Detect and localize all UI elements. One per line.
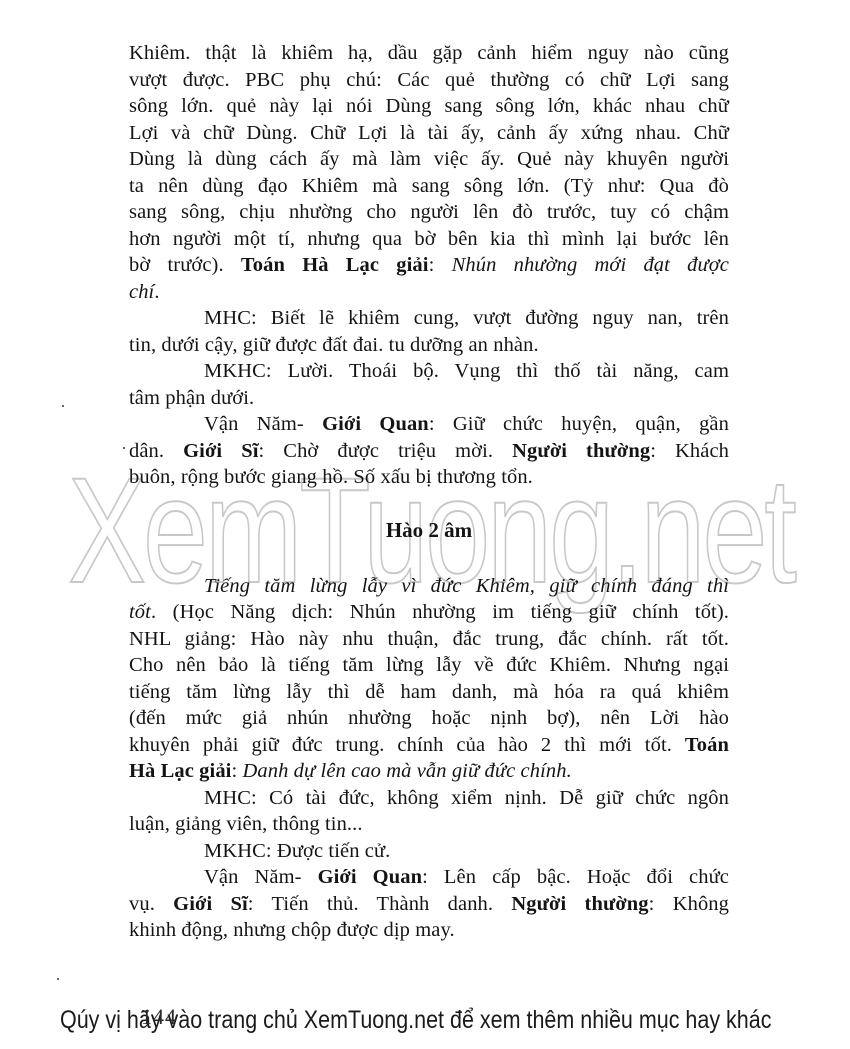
text-span: Vận Năm- (204, 413, 322, 435)
text-line: Khiêm. thật là khiêm hạ, dầu gặp cảnh hi… (129, 40, 729, 67)
text-line: luận, giảng viên, thông tin... (129, 811, 729, 838)
paragraph-mhc-1: MHC: Biết lẽ khiêm cung, vượt đường nguy… (129, 305, 729, 358)
paragraph-hao-2-am: Tiếng tăm lừng lẫy vì đức Khiêm, giữ chí… (129, 573, 729, 785)
text-span: khuyên phải giữ đức trung. chính của hào… (129, 734, 685, 756)
text-line: khinh động, nhưng chộp được dịp may. (129, 917, 729, 944)
text-line: chí. (129, 279, 729, 306)
gioi-quan-label: Giới Quan (318, 866, 423, 888)
text-line: tâm phận dưới. (129, 385, 729, 412)
text-line: ta nên dùng đạo Khiêm mà sang sông lớn. … (129, 173, 729, 200)
text-line: sang sông, chịu nhường cho người lên đò … (129, 199, 729, 226)
text-span: : Giữ chức huyện, quận, gần (429, 413, 729, 435)
text-line: Vận Năm- Giới Quan: Lên cấp bậc. Hoặc đổ… (129, 864, 729, 891)
text-line: vụ. Giới Sĩ: Tiến thủ. Thành danh. Người… (129, 891, 729, 918)
book-page: Khiêm. thật là khiêm hạ, dầu gặp cảnh hi… (129, 40, 729, 944)
text-line: tốt. (Học Năng dịch: Nhún nhường im tiến… (129, 599, 729, 626)
text-line: hơn người một tí, nhưng qua bờ bên kia t… (129, 226, 729, 253)
toan-ha-lac-label: Toán (685, 734, 729, 756)
text-line: MKHC: Được tiến cử. (129, 838, 729, 865)
section-heading: Hào 2 âm (129, 517, 729, 543)
text-span: : Khách (650, 440, 729, 462)
paragraph-mkhc-1: MKHC: Lười. Thoái bộ. Vụng thì thố tài n… (129, 358, 729, 411)
nguoi-thuong-label: Người thường (512, 440, 650, 462)
text-line: dân. Giới Sĩ: Chờ được triệu mời. Người … (129, 438, 729, 465)
text-line: MHC: Có tài đức, không xiểm nịnh. Dễ giữ… (129, 785, 729, 812)
text-span: : (429, 254, 452, 276)
text-span: . (154, 281, 159, 303)
scan-dot (62, 405, 64, 407)
text-span: tốt (129, 601, 151, 623)
text-span: vụ. (129, 893, 173, 915)
nguoi-thuong-label: Người thường (511, 893, 648, 915)
toan-ha-lac-label: Hà Lạc giải (129, 760, 231, 782)
gioi-si-label: Giới Sĩ (183, 440, 258, 462)
text-span: : Không (649, 893, 729, 915)
paragraph-van-nam-1: Vận Năm- Giới Quan: Giữ chức huyện, quận… (129, 411, 729, 491)
text-line: tin, dưới cậy, giữ được đất đai. tu dưỡn… (129, 332, 729, 359)
text-line: Dùng là dùng cách ấy mà làm việc ấy. Quẻ… (129, 146, 729, 173)
text-line: buôn, rộng bước giang hồ. Số xấu bị thươ… (129, 464, 729, 491)
text-span: bờ trước). (129, 254, 241, 276)
text-line: tiếng tăm lừng lẫy thì dễ ham danh, mà h… (129, 679, 729, 706)
text-line: Lợi và chữ Dùng. Chữ Lợi là tài ấy, cảnh… (129, 120, 729, 147)
text-span: : Lên cấp bậc. Hoặc đổi chức (422, 866, 729, 888)
gioi-si-label: Giới Sĩ (173, 893, 248, 915)
text-line: MHC: Biết lẽ khiêm cung, vượt đường nguy… (129, 305, 729, 332)
text-line: Vận Năm- Giới Quan: Giữ chức huyện, quận… (129, 411, 729, 438)
text-line: vượt được. PBC phụ chú: Các quẻ thường c… (129, 67, 729, 94)
toan-ha-lac-text: Nhún nhường mới đạt được (452, 254, 729, 276)
toan-ha-lac-text: chí (129, 281, 154, 303)
gioi-quan-label: Giới Quan (322, 413, 429, 435)
text-line: NHL giảng: Hào này nhu thuận, đắc trung,… (129, 626, 729, 653)
text-span: : Chờ được triệu mời. (259, 440, 513, 462)
text-span: : (231, 760, 242, 782)
paragraph-mkhc-2: MKHC: Được tiến cử. (129, 838, 729, 865)
text-line: Cho nên bảo là tiếng tăm lừng lẫy về đức… (129, 652, 729, 679)
text-span: Vận Năm- (204, 866, 318, 888)
paragraph-mhc-2: MHC: Có tài đức, không xiểm nịnh. Dễ giữ… (129, 785, 729, 838)
scan-dot (57, 978, 59, 980)
text-span: : Tiến thủ. Thành danh. (248, 893, 512, 915)
text-line: Hà Lạc giải: Danh dự lên cao mà vẫn giữ … (129, 758, 729, 785)
text-line: MKHC: Lười. Thoái bộ. Vụng thì thố tài n… (129, 358, 729, 385)
text-line: Tiếng tăm lừng lẫy vì đức Khiêm, giữ chí… (129, 573, 729, 600)
text-line: khuyên phải giữ đức trung. chính của hào… (129, 732, 729, 759)
toan-ha-lac-label: Toán Hà Lạc giải (241, 254, 429, 276)
text-span: . (Học Năng dịch: Nhún nhường im tiếng g… (151, 601, 729, 623)
text-line: bờ trước). Toán Hà Lạc giải: Nhún nhường… (129, 252, 729, 279)
paragraph-khiem-commentary: Khiêm. thật là khiêm hạ, dầu gặp cảnh hi… (129, 40, 729, 305)
paragraph-van-nam-2: Vận Năm- Giới Quan: Lên cấp bậc. Hoặc đổ… (129, 864, 729, 944)
text-line: (đến mức giả nhún nhường hoặc nịnh bợ), … (129, 705, 729, 732)
scan-dot (123, 447, 125, 449)
toan-ha-lac-text: Danh dự lên cao mà vẫn giữ đức chính. (243, 760, 572, 782)
text-span: dân. (129, 440, 183, 462)
text-line: sông lớn. quẻ này lại nói Dùng sang sông… (129, 93, 729, 120)
page-number: 144 (141, 1004, 177, 1030)
